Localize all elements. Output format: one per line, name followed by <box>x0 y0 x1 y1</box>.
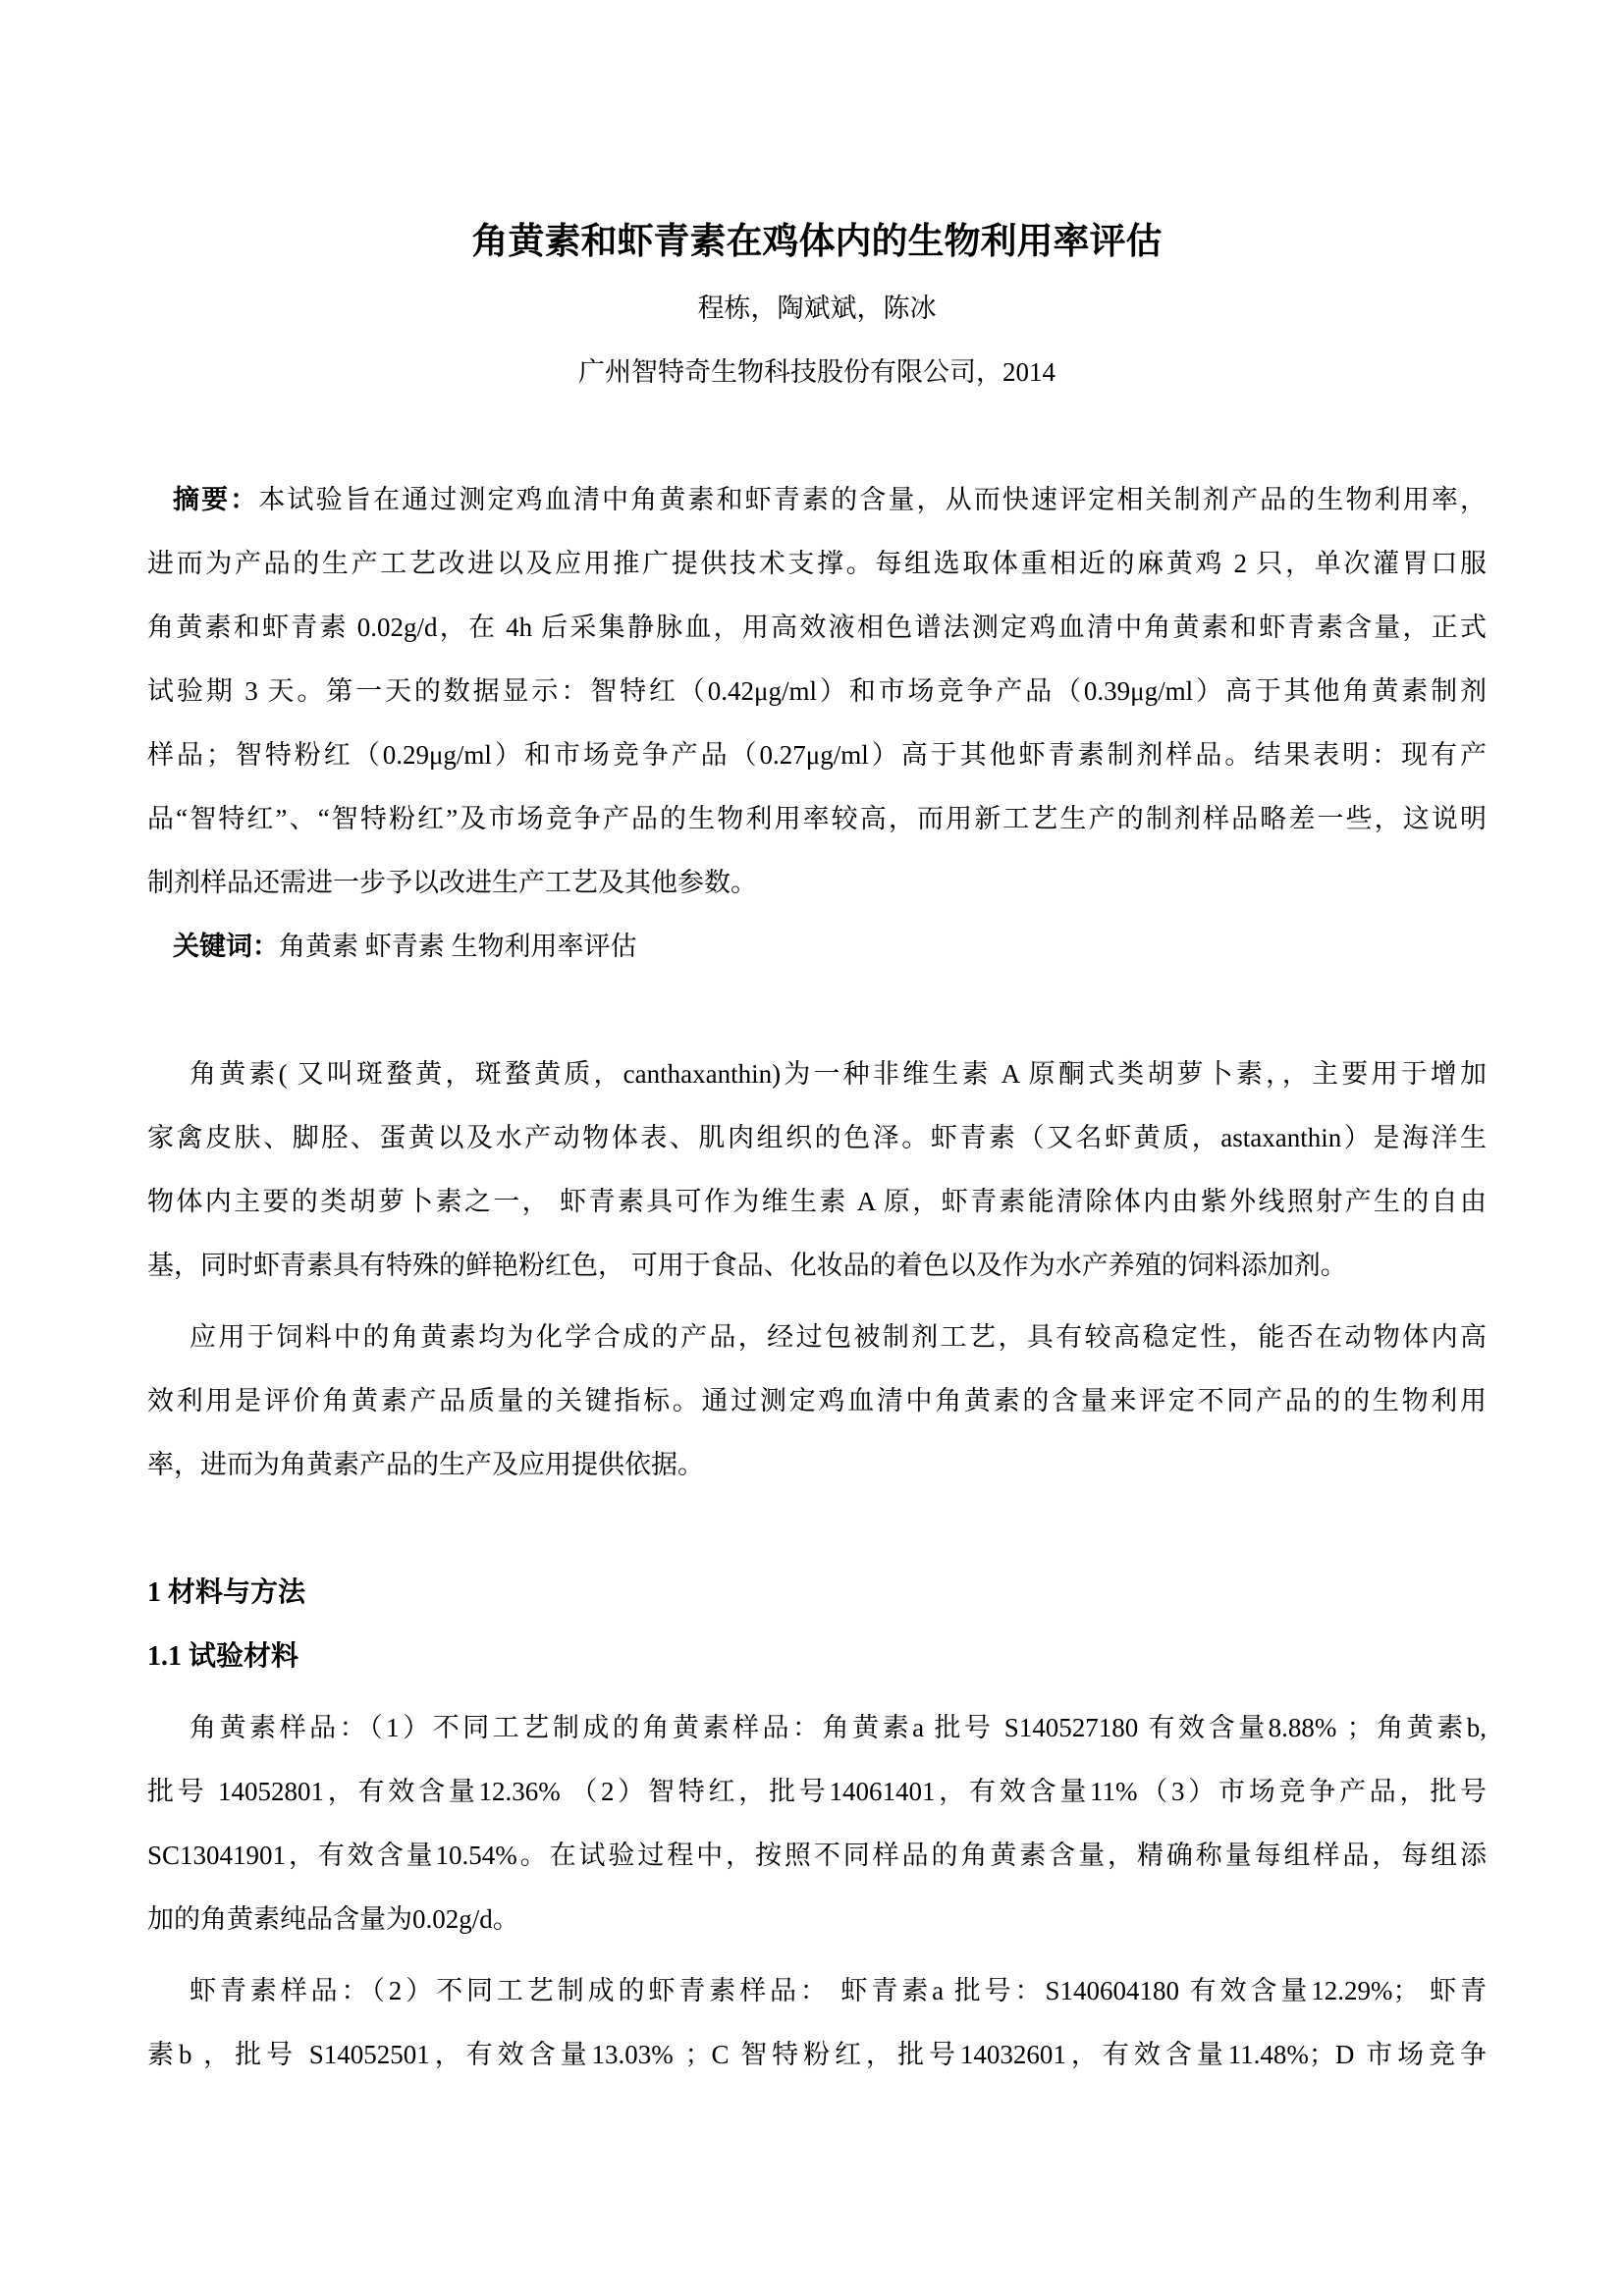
intro-paragraph-2: 应用于饲料中的角黄素均为化学合成的产品，经过包被制剂工艺，具有较高稳定性，能否在… <box>147 1306 1487 1497</box>
spacer <box>147 404 1487 468</box>
text-line: 批号 14052801，有效含量12.36% （2）智特红，批号14061401… <box>147 1760 1487 1824</box>
authors-line: 程栋，陶斌斌，陈冰 <box>147 277 1487 341</box>
keywords-label: 关键词： <box>173 932 279 961</box>
text-line: 效利用是评价角黄素产品质量的关键指标。通过测定鸡血清中角黄素的含量来评定不同产品… <box>147 1369 1487 1433</box>
text-line: SC13041901，有效含量10.54%。在试验过程中，按照不同样品的角黄素含… <box>147 1824 1487 1888</box>
text-line: 角黄素和虾青素 0.02g/d，在 4h 后采集静脉血，用高效液相色谱法测定鸡血… <box>147 596 1487 660</box>
text-line: 样品；智特粉红（0.29μg/ml）和市场竞争产品（0.27μg/ml）高于其他… <box>147 723 1487 787</box>
paper-title: 角黄素和虾青素在鸡体内的生物利用率评估 <box>147 208 1487 277</box>
text-line: 素b ，批号 S14052501，有效含量13.03% ；C 智特粉红，批号14… <box>147 2023 1487 2087</box>
document-page: 角黄素和虾青素在鸡体内的生物利用率评估 程栋，陶斌斌，陈冰 广州智特奇生物科技股… <box>0 0 1624 2296</box>
text-line: 品“智特红”、“智特粉红”及市场竞争产品的生物利用率较高，而用新工艺生产的制剂样… <box>147 787 1487 851</box>
affiliation-line: 广州智特奇生物科技股份有限公司，2014 <box>147 341 1487 404</box>
text-line: 试验期 3 天。第一天的数据显示：智特红（0.42μg/ml）和市场竞争产品（0… <box>147 660 1487 723</box>
text-line: 进而为产品的生产工艺改进以及应用推广提供技术支撑。每组选取体重相近的麻黄鸡 2 … <box>147 532 1487 596</box>
spacer <box>147 979 1487 1042</box>
spacer <box>147 1497 1487 1561</box>
text-line: 角黄素样品：（1）不同工艺制成的角黄素样品：角黄素a 批号 S140527180… <box>147 1696 1487 1760</box>
canthaxanthin-samples-paragraph: 角黄素样品：（1）不同工艺制成的角黄素样品：角黄素a 批号 S140527180… <box>147 1696 1487 1951</box>
text-line: 应用于饲料中的角黄素均为化学合成的产品，经过包被制剂工艺，具有较高稳定性，能否在… <box>147 1306 1487 1369</box>
abstract-label: 摘要： <box>173 485 258 514</box>
keywords-line: 关键词：角黄素 虾青素 生物利用率评估 <box>147 915 1487 979</box>
text-line: 物体内主要的类胡萝卜素之一， 虾青素具可作为维生素 A 原，虾青素能清除体内由紫… <box>147 1170 1487 1234</box>
section-1-heading: 1 材料与方法 <box>147 1561 1487 1625</box>
text-line: 加的角黄素纯品含量为0.02g/d。 <box>147 1888 1487 1951</box>
text-line: 虾青素样品：（2）不同工艺制成的虾青素样品： 虾青素a 批号：S14060418… <box>147 1959 1487 2023</box>
text-line: 率，进而为角黄素产品的生产及应用提供依据。 <box>147 1433 1487 1497</box>
keywords-text: 角黄素 虾青素 生物利用率评估 <box>279 932 637 961</box>
intro-paragraph-1: 角黄素( 又叫斑蝥黄，斑蝥黄质，canthaxanthin)为一种非维生素 A … <box>147 1042 1487 1298</box>
abstract-first-line: 摘要：本试验旨在通过测定鸡血清中角黄素和虾青素的含量，从而快速评定相关制剂产品的… <box>147 468 1487 532</box>
abstract-first-line-text: 本试验旨在通过测定鸡血清中角黄素和虾青素的含量，从而快速评定相关制剂产品的生物利… <box>258 485 1487 514</box>
text-line: 角黄素( 又叫斑蝥黄，斑蝥黄质，canthaxanthin)为一种非维生素 A … <box>147 1042 1487 1106</box>
abstract-paragraph: 摘要：本试验旨在通过测定鸡血清中角黄素和虾青素的含量，从而快速评定相关制剂产品的… <box>147 468 1487 915</box>
section-1-1-heading: 1.1 试验材料 <box>147 1625 1487 1688</box>
text-line: 制剂样品还需进一步予以改进生产工艺及其他参数。 <box>147 851 1487 915</box>
text-line: 家禽皮肤、脚胫、蛋黄以及水产动物体表、肌肉组织的色泽。虾青素（又名虾黄质，ast… <box>147 1106 1487 1170</box>
abstract-lines: 进而为产品的生产工艺改进以及应用推广提供技术支撑。每组选取体重相近的麻黄鸡 2 … <box>147 532 1487 915</box>
astaxanthin-samples-paragraph: 虾青素样品：（2）不同工艺制成的虾青素样品： 虾青素a 批号：S14060418… <box>147 1959 1487 2087</box>
text-line: 基，同时虾青素具有特殊的鲜艳粉红色， 可用于食品、化妆品的着色以及作为水产养殖的… <box>147 1234 1487 1298</box>
